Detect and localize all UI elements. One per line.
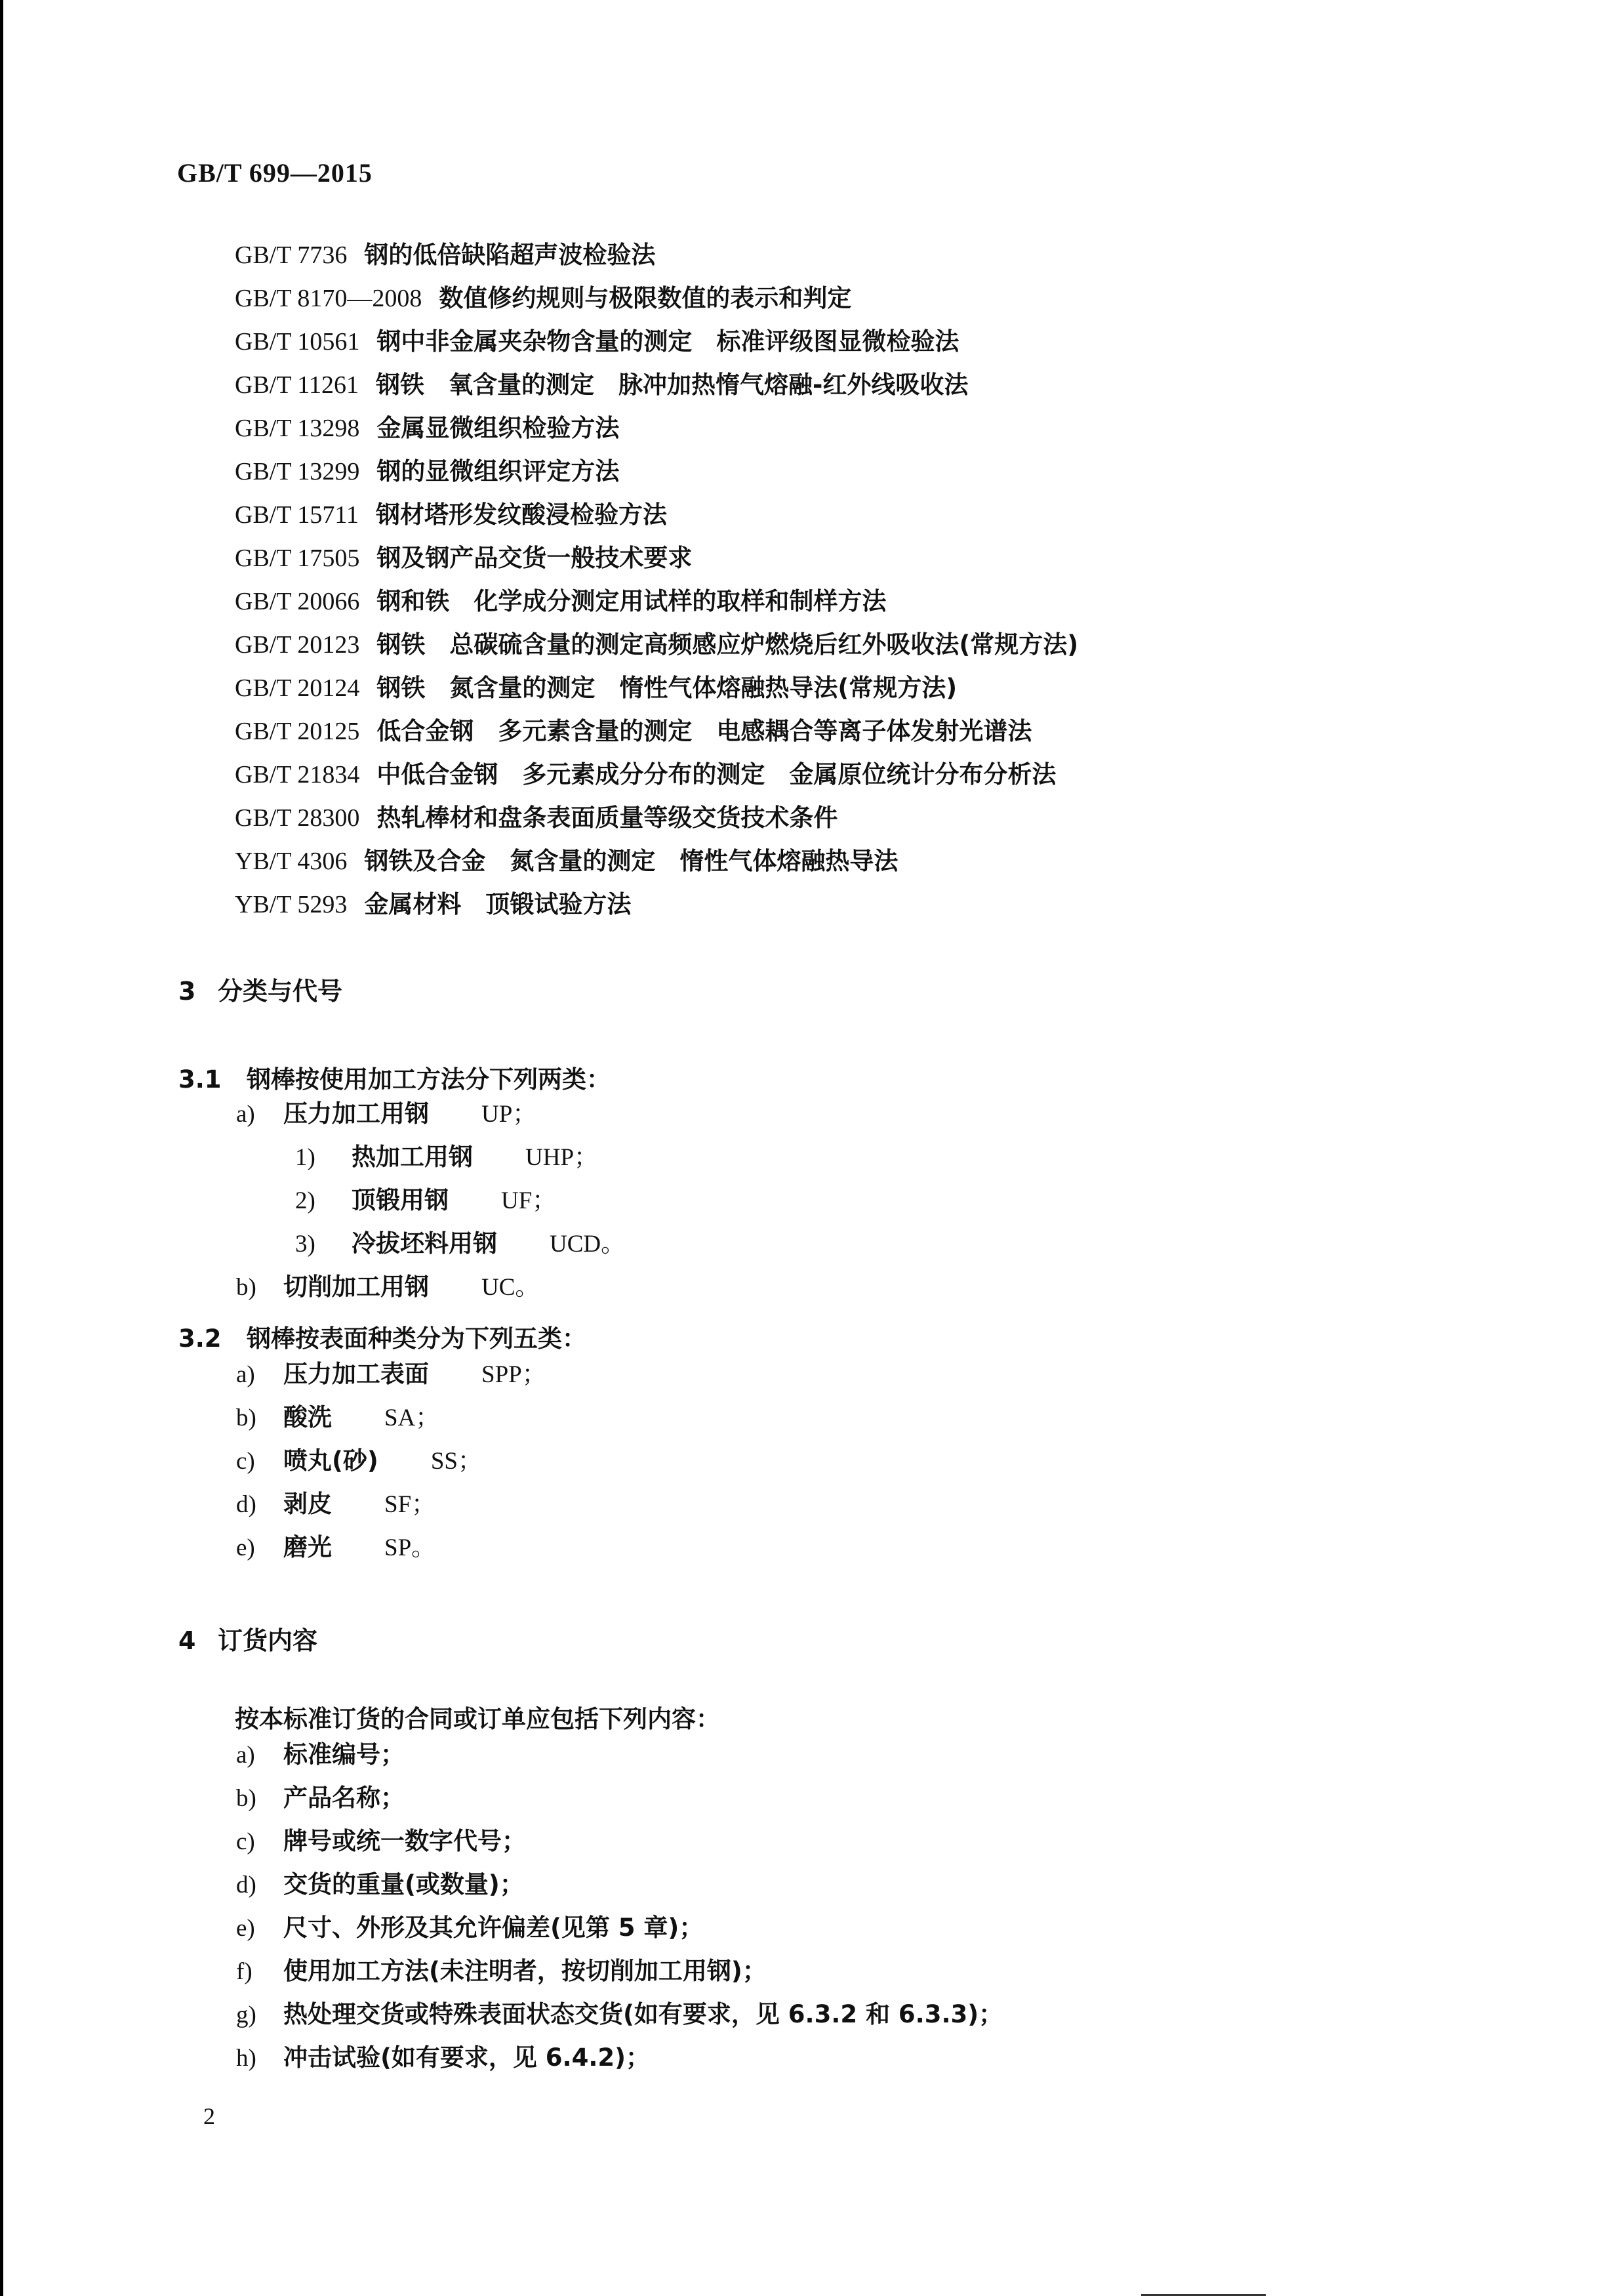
item-label: e) (236, 1907, 283, 1950)
reference-title: 钢的显微组织评定方法 (376, 457, 619, 485)
item-code: UHP； (525, 1144, 598, 1171)
reference-code: GB/T 13299 (235, 450, 359, 493)
reference-item: GB/T 13298金属显微组织检验方法 (235, 406, 1078, 449)
reference-code: YB/T 5293 (235, 883, 347, 926)
reference-title: 钢材塔形发纹酸浸检验方法 (376, 501, 667, 529)
reference-item: GB/T 20124钢铁 氮含量的测定 惰性气体熔融热导法(常规方法) (235, 666, 1078, 709)
list-item: b)酸洗SA； (236, 1396, 439, 1439)
reference-code: GB/T 17505 (235, 537, 359, 580)
reference-item: YB/T 4306钢铁及合金 氮含量的测定 惰性气体熔融热导法 (235, 839, 1078, 882)
reference-title: 钢铁及合金 氮含量的测定 惰性气体熔融热导法 (364, 847, 898, 875)
list-item: a)压力加工表面SPP； (236, 1353, 546, 1396)
reference-item: GB/T 11261钢铁 氧含量的测定 脉冲加热惰气熔融-红外线吸收法 (235, 363, 1078, 406)
item-code: UP； (481, 1101, 536, 1128)
list-item: e)尺寸、外形及其允许偏差(见第 5 章)； (236, 1906, 703, 1950)
reference-item: YB/T 5293金属材料 顶锻试验方法 (235, 882, 1078, 926)
item-label: b) (236, 1777, 283, 1820)
clause-text: 钢棒按表面种类分为下列五类： (247, 1324, 586, 1353)
reference-title: 钢的低倍缺陷超声波检验法 (364, 241, 655, 269)
item-label: 2) (295, 1179, 352, 1223)
reference-code: GB/T 20125 (235, 710, 359, 753)
section-title: 分类与代号 (218, 977, 342, 1006)
item-code: UF； (501, 1187, 556, 1214)
reference-code: GB/T 8170—2008 (235, 277, 422, 320)
reference-code: GB/T 11261 (235, 363, 359, 407)
section-4-heading: 4订货内容 (178, 1620, 317, 1656)
list-item: a)标准编号； (236, 1733, 405, 1776)
reference-code: GB/T 7736 (235, 234, 347, 277)
item-label: h) (236, 2037, 283, 2080)
item-code: UCD。 (550, 1231, 625, 1258)
item-label: a) (236, 1353, 283, 1397)
clause-number: 3.2 (178, 1324, 247, 1353)
item-code: SP。 (384, 1534, 435, 1561)
reference-title: 数值修约规则与极限数值的表示和判定 (439, 284, 851, 312)
item-label: f) (236, 1950, 283, 1994)
reference-item: GB/T 20066钢和铁 化学成分测定用试样的取样和制样方法 (235, 579, 1078, 623)
reference-item: GB/T 7736钢的低倍缺陷超声波检验法 (235, 233, 1078, 276)
reference-code: GB/T 15711 (235, 493, 359, 537)
item-label: b) (236, 1397, 283, 1440)
item-label: c) (236, 1440, 283, 1483)
item-label: a) (236, 1093, 283, 1136)
reference-item: GB/T 28300热轧棒材和盘条表面质量等级交货技术条件 (235, 796, 1078, 839)
item-code: SS； (431, 1448, 482, 1475)
scan-left-border (0, 0, 3, 2296)
list-item: c)喷丸(砂)SS； (236, 1439, 482, 1483)
clause-text: 钢棒按使用加工方法分下列两类： (247, 1065, 611, 1094)
item-text: 切削加工用钢 (283, 1273, 429, 1301)
list-item: a)压力加工用钢UP； (236, 1092, 536, 1136)
reference-code: GB/T 20124 (235, 666, 359, 710)
page-number: 2 (203, 2102, 215, 2130)
item-text: 牌号或统一数字代号； (283, 1827, 526, 1855)
reference-title: 低合金钢 多元素含量的测定 电感耦合等离子体发射光谱法 (376, 717, 1032, 745)
list-item: 1)热加工用钢UHP； (295, 1136, 598, 1179)
section-4-intro: 按本标准订货的合同或订单应包括下列内容： (235, 1699, 720, 1734)
normative-references-list: GB/T 7736钢的低倍缺陷超声波检验法 GB/T 8170—2008数值修约… (235, 233, 1078, 926)
item-label: c) (236, 1820, 283, 1864)
reference-item: GB/T 15711钢材塔形发纹酸浸检验方法 (235, 493, 1078, 536)
reference-code: GB/T 21834 (235, 753, 359, 796)
item-label: 3) (295, 1223, 352, 1266)
item-text: 热处理交货或特殊表面状态交货(如有要求，见 6.3.2 和 6.3.3)； (283, 2000, 1003, 2028)
clause-number: 3.1 (178, 1065, 247, 1094)
reference-item: GB/T 21834中低合金钢 多元素成分分布的测定 金属原位统计分布分析法 (235, 752, 1078, 796)
section-title: 订货内容 (218, 1626, 317, 1655)
item-text: 酸洗 (283, 1403, 332, 1431)
reference-item: GB/T 10561钢中非金属夹杂物含量的测定 标准评级图显微检验法 (235, 319, 1078, 363)
reference-title: 钢铁 氮含量的测定 惰性气体熔融热导法(常规方法) (376, 674, 957, 702)
item-text: 磨光 (283, 1533, 332, 1561)
item-text: 使用加工方法(未注明者，按切削加工用钢)； (283, 1957, 767, 1985)
item-code: UC。 (481, 1274, 539, 1301)
item-text: 喷丸(砂) (283, 1446, 378, 1475)
item-label: d) (236, 1483, 283, 1527)
list-item: 2)顶锻用钢UF； (295, 1179, 556, 1222)
item-text: 顶锻用钢 (352, 1186, 449, 1214)
reference-title: 金属显微组织检验方法 (376, 414, 619, 442)
item-code: SPP； (481, 1361, 546, 1388)
item-text: 冷拔坯料用钢 (352, 1229, 497, 1258)
reference-title: 钢中非金属夹杂物含量的测定 标准评级图显微检验法 (376, 327, 959, 356)
reference-code: GB/T 20123 (235, 623, 359, 666)
item-label: a) (236, 1734, 283, 1777)
reference-title: 钢铁 总碳硫含量的测定高频感应炉燃烧后红外吸收法(常规方法) (376, 630, 1078, 659)
list-item: b)产品名称； (236, 1776, 405, 1820)
item-text: 压力加工用钢 (283, 1099, 429, 1128)
item-label: g) (236, 1994, 283, 2037)
section-number: 3 (178, 977, 218, 1006)
list-item: c)牌号或统一数字代号； (236, 1820, 526, 1863)
reference-item: GB/T 20123钢铁 总碳硫含量的测定高频感应炉燃烧后红外吸收法(常规方法) (235, 623, 1078, 666)
reference-item: GB/T 17505钢及钢产品交货一般技术要求 (235, 536, 1078, 579)
list-item: d)剥皮SF； (236, 1483, 435, 1526)
reference-code: GB/T 28300 (235, 796, 359, 840)
reference-title: 金属材料 顶锻试验方法 (364, 890, 631, 918)
item-label: d) (236, 1864, 283, 1907)
reference-code: GB/T 20066 (235, 580, 359, 623)
clause-3-2: 3.2钢棒按表面种类分为下列五类： (178, 1319, 586, 1354)
page-header-standard-number: GB/T 699—2015 (177, 157, 373, 188)
item-text: 尺寸、外形及其允许偏差(见第 5 章)； (283, 1914, 703, 1942)
clause-3-1: 3.1钢棒按使用加工方法分下列两类： (178, 1059, 611, 1095)
reference-item: GB/T 13299钢的显微组织评定方法 (235, 449, 1078, 493)
item-text: 压力加工表面 (283, 1360, 429, 1388)
item-label: 1) (295, 1136, 352, 1179)
reference-code: GB/T 10561 (235, 320, 359, 363)
item-text: 剥皮 (283, 1490, 332, 1518)
item-label: e) (236, 1527, 283, 1570)
list-item: e)磨光SP。 (236, 1526, 435, 1569)
item-text: 热加工用钢 (352, 1143, 473, 1171)
item-text: 交货的重量(或数量)； (283, 1870, 524, 1898)
item-text: 标准编号； (283, 1740, 405, 1769)
section-number: 4 (178, 1626, 218, 1655)
item-text: 产品名称； (283, 1784, 405, 1812)
section-3-heading: 3分类与代号 (178, 971, 342, 1007)
reference-item: GB/T 20125低合金钢 多元素含量的测定 电感耦合等离子体发射光谱法 (235, 709, 1078, 752)
reference-title: 钢铁 氧含量的测定 脉冲加热惰气熔融-红外线吸收法 (376, 371, 968, 399)
list-item: 3)冷拔坯料用钢UCD。 (295, 1222, 625, 1265)
list-item: g)热处理交货或特殊表面状态交货(如有要求，见 6.3.2 和 6.3.3)； (236, 1993, 1003, 2036)
list-item: f)使用加工方法(未注明者，按切削加工用钢)； (236, 1950, 767, 1993)
item-code: SF； (384, 1491, 435, 1518)
list-item: d)交货的重量(或数量)； (236, 1863, 524, 1906)
item-code: SA； (384, 1404, 439, 1431)
reference-title: 热轧棒材和盘条表面质量等级交货技术条件 (376, 804, 838, 832)
list-item: b)切削加工用钢UC。 (236, 1265, 539, 1309)
reference-title: 中低合金钢 多元素成分分布的测定 金属原位统计分布分析法 (376, 760, 1056, 789)
reference-title: 钢及钢产品交货一般技术要求 (376, 544, 692, 572)
item-text: 冲击试验(如有要求，见 6.4.2)； (283, 2043, 650, 2072)
reference-code: YB/T 4306 (235, 840, 347, 883)
reference-item: GB/T 8170—2008数值修约规则与极限数值的表示和判定 (235, 276, 1078, 319)
item-label: b) (236, 1266, 283, 1309)
reference-code: GB/T 13298 (235, 407, 359, 450)
list-item: h)冲击试验(如有要求，见 6.4.2)； (236, 2036, 650, 2080)
reference-title: 钢和铁 化学成分测定用试样的取样和制样方法 (376, 587, 886, 615)
